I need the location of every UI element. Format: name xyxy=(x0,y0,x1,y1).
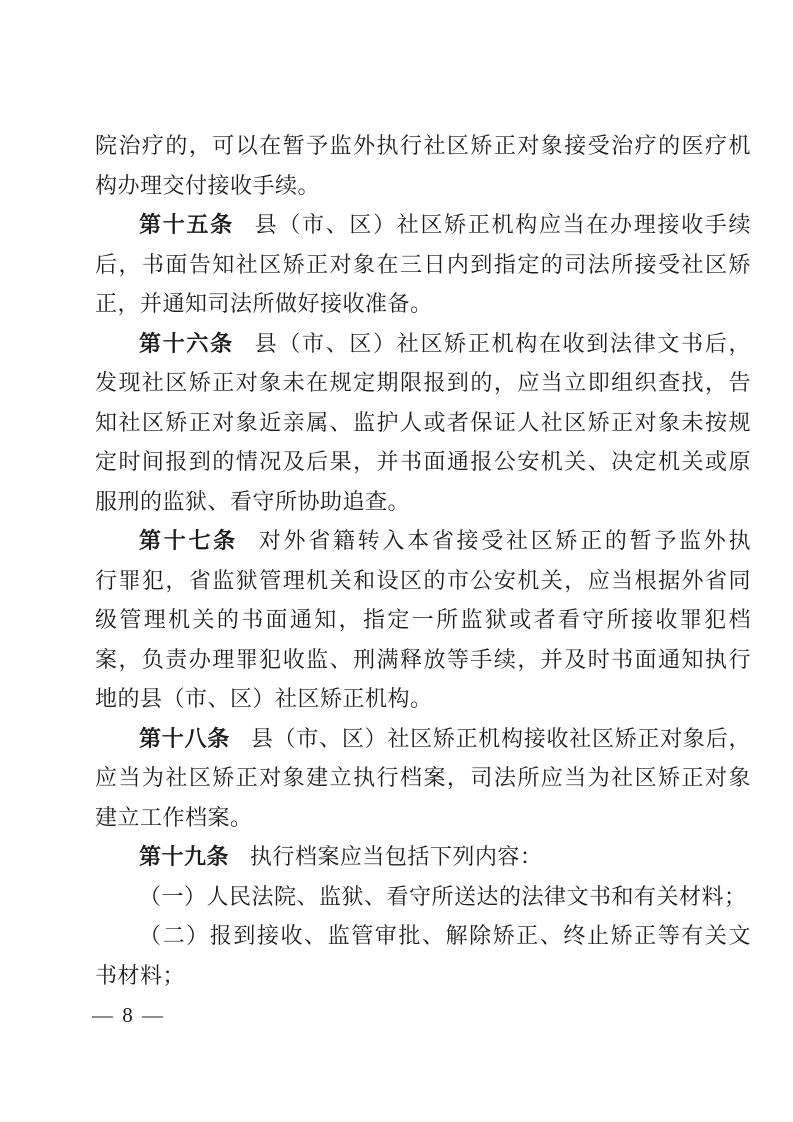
text-line: 第十六条县（市、区）社区矫正机构在收到法律文书后， xyxy=(95,324,751,364)
article-paragraph: 第十八条县（市、区）社区矫正机构接收社区矫正对象后，应当为社区矫正对象建立执行档… xyxy=(95,719,751,838)
text-line: 行罪犯，省监狱管理机关和设区的市公安机关，应当根据外省同 xyxy=(95,561,751,601)
text-line: 后，书面告知社区矫正对象在三日内到指定的司法所接受社区矫 xyxy=(95,245,751,285)
text-line: 第十八条县（市、区）社区矫正机构接收社区矫正对象后， xyxy=(95,719,751,759)
text-line: 书材料； xyxy=(95,956,751,996)
article-paragraph: 第十九条执行档案应当包括下列内容： xyxy=(95,837,751,877)
article-paragraph: 第十五条县（市、区）社区矫正机构应当在办理接收手续后，书面告知社区矫正对象在三日… xyxy=(95,205,751,324)
article-paragraph: 第十六条县（市、区）社区矫正机构在收到法律文书后，发现社区矫正对象未在规定期限报… xyxy=(95,324,751,522)
text-line: 地的县（市、区）社区矫正机构。 xyxy=(95,679,751,719)
line-text: 执行档案应当包括下列内容： xyxy=(250,844,543,869)
text-line: 第十五条县（市、区）社区矫正机构应当在办理接收手续 xyxy=(95,205,751,245)
text-line: 案，负责办理罪犯收监、刑满释放等手续，并及时书面通知执行 xyxy=(95,640,751,680)
article-number: 第十九条 xyxy=(139,844,229,869)
line-text: 对外省籍转入本省接受社区矫正的暂予监外执 xyxy=(259,528,751,553)
list-item-paragraph: （一）人民法院、监狱、看守所送达的法律文书和有关材料； xyxy=(95,877,751,917)
line-text: 县（市、区）社区矫正机构在收到法律文书后， xyxy=(255,331,751,356)
text-line: 正，并通知司法所做好接收准备。 xyxy=(95,284,751,324)
document-page: 院治疗的，可以在暂予监外执行社区矫正对象接受治疗的医疗机构办理交付接收手续。第十… xyxy=(0,0,793,1122)
article-number: 第十五条 xyxy=(139,212,234,237)
paragraph: 院治疗的，可以在暂予监外执行社区矫正对象接受治疗的医疗机构办理交付接收手续。 xyxy=(95,126,751,205)
text-line: 院治疗的，可以在暂予监外执行社区矫正对象接受治疗的医疗机 xyxy=(95,126,751,166)
article-number: 第十八条 xyxy=(139,726,230,751)
line-text: 县（市、区）社区矫正机构接收社区矫正对象后， xyxy=(251,726,751,751)
text-line: （二）报到接收、监管审批、解除矫正、终止矫正等有关文 xyxy=(95,916,751,956)
text-block: 院治疗的，可以在暂予监外执行社区矫正对象接受治疗的医疗机构办理交付接收手续。第十… xyxy=(95,126,751,995)
text-line: 发现社区矫正对象未在规定期限报到的，应当立即组织查找，告 xyxy=(95,363,751,403)
text-line: 应当为社区矫正对象建立执行档案，司法所应当为社区矫正对象 xyxy=(95,758,751,798)
line-text: 县（市、区）社区矫正机构应当在办理接收手续 xyxy=(255,212,751,237)
page-number-footer: — 8 — xyxy=(92,1001,165,1029)
article-number: 第十七条 xyxy=(139,528,238,553)
article-number: 第十六条 xyxy=(139,331,234,356)
text-line: 第十九条执行档案应当包括下列内容： xyxy=(95,837,751,877)
text-line: 知社区矫正对象近亲属、监护人或者保证人社区矫正对象未按规 xyxy=(95,403,751,443)
text-line: 构办理交付接收手续。 xyxy=(95,166,751,206)
text-line: （一）人民法院、监狱、看守所送达的法律文书和有关材料； xyxy=(95,877,751,917)
article-paragraph: 第十七条对外省籍转入本省接受社区矫正的暂予监外执行罪犯，省监狱管理机关和设区的市… xyxy=(95,521,751,719)
text-line: 服刑的监狱、看守所协助追查。 xyxy=(95,482,751,522)
list-item-paragraph: （二）报到接收、监管审批、解除矫正、终止矫正等有关文书材料； xyxy=(95,916,751,995)
text-line: 定时间报到的情况及后果，并书面通报公安机关、决定机关或原 xyxy=(95,442,751,482)
text-line: 第十七条对外省籍转入本省接受社区矫正的暂予监外执 xyxy=(95,521,751,561)
text-line: 级管理机关的书面通知，指定一所监狱或者看守所接收罪犯档 xyxy=(95,600,751,640)
text-line: 建立工作档案。 xyxy=(95,798,751,838)
